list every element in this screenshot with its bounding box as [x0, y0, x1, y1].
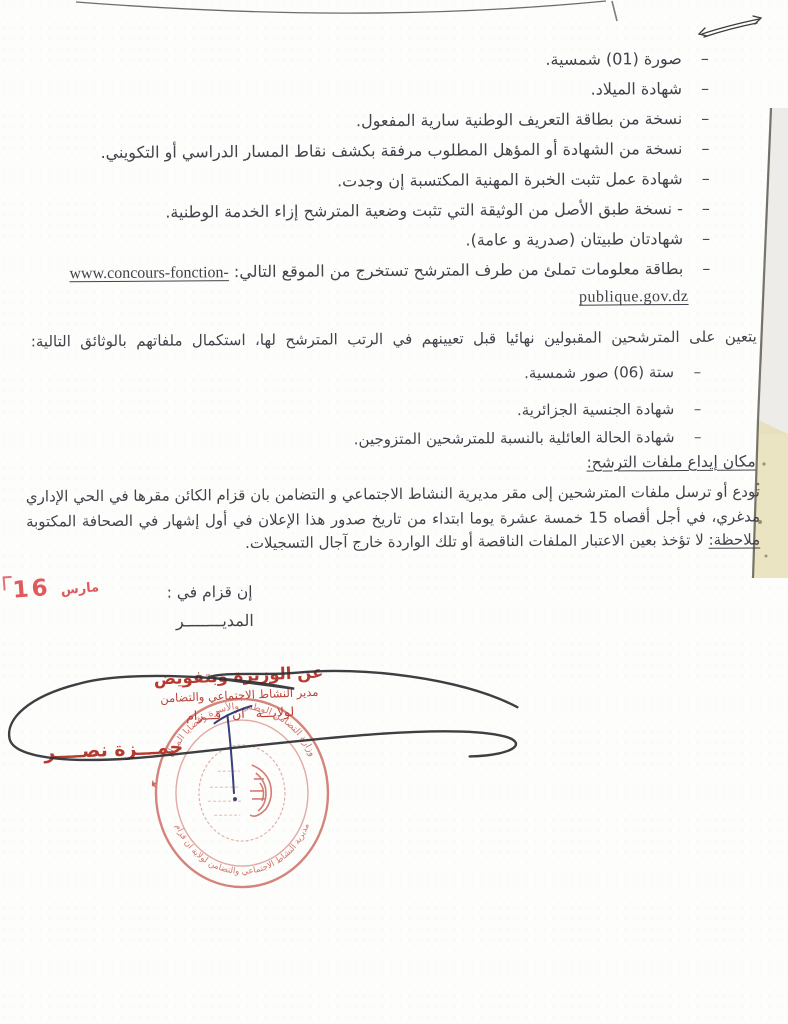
final-admission-intro: يتعين على المترشحين المقبولين نهائيا قبل…	[31, 324, 757, 353]
date-stamp: 16 مارس	[12, 569, 132, 604]
note-line: ملاحظة: لا تؤخذ بعين الاعتبار الملفات ال…	[26, 530, 760, 553]
dash-bullet: –	[687, 360, 701, 384]
deposit-paragraph-line-2: مدغري، في أجل أقصاه 15 خمسة عشرة يوما اب…	[26, 505, 760, 533]
dash-bullet: –	[687, 397, 701, 421]
place-and-date-line: إن قزام في :	[167, 583, 253, 602]
dash-bullet: –	[696, 254, 710, 284]
list-item-text: شهادة الحالة العائلية بالنسبة للمترشحين …	[354, 425, 675, 451]
site-url-line1: www.concours-fonction-	[69, 264, 228, 282]
document-body: – صورة (01) شمسية. – شهادة الميلاد. – نس…	[0, 0, 788, 1024]
required-documents-list: – صورة (01) شمسية. – شهادة الميلاد. – نس…	[37, 44, 711, 290]
list-item: – بطاقة معلومات تملئ من طرف المترشح تستخ…	[38, 254, 710, 290]
list-item: – نسخة من الشهادة أو المؤهل المطلوب مرفق…	[37, 134, 709, 169]
list-item-text: - نسخة طبق الأصل من الوثيقة التي تثبت وض…	[165, 194, 683, 228]
scanned-page: – صورة (01) شمسية. – شهادة الميلاد. – نس…	[0, 0, 788, 1024]
note-text: لا تؤخذ بعين الاعتبار الملفات الناقصة أو…	[245, 531, 709, 552]
note-label: ملاحظة:	[708, 530, 760, 548]
director-title: المديــــــــر	[176, 611, 254, 631]
dash-bullet: –	[695, 134, 709, 164]
date-stamp-day: 16	[12, 575, 52, 604]
list-item: – شهادة الحالة العائلية بالنسبة للمترشحي…	[59, 425, 701, 453]
dash-bullet: –	[687, 425, 701, 449]
list-item: – نسخة من بطاقة التعريف الوطنية سارية ال…	[37, 104, 709, 139]
list-item: – شهادتان طبيتان (صدرية و عامة).	[38, 224, 710, 259]
list-item: – صورة (01) شمسية.	[37, 44, 709, 79]
list-item-text: شهادتان طبيتان (صدرية و عامة).	[465, 224, 683, 256]
dash-bullet: –	[696, 164, 710, 194]
list-item-text: شهادة عمل تثبت الخبرة المهنية المكتسبة إ…	[337, 164, 683, 196]
dash-bullet: –	[695, 104, 709, 134]
list-item-text: ستة (06) صور شمسية.	[524, 360, 674, 385]
list-item-text: شهادة الميلاد.	[591, 74, 683, 105]
dash-bullet: –	[695, 74, 709, 104]
handwritten-signature	[1, 641, 547, 835]
date-stamp-month: مارس	[60, 580, 99, 598]
dash-bullet: –	[695, 44, 709, 74]
list-item-text: نسخة من الشهادة أو المؤهل المطلوب مرفقة …	[100, 134, 682, 168]
list-item: – شهادة الجنسية الجزائرية.	[59, 397, 701, 425]
list-item: – شهادة عمل تثبت الخبرة المهنية المكتسبة…	[38, 164, 710, 199]
list-item-text: نسخة من بطاقة التعريف الوطنية سارية المف…	[356, 104, 682, 136]
dash-bullet: –	[696, 194, 710, 224]
list-item: – - نسخة طبق الأصل من الوثيقة التي تثبت …	[38, 194, 710, 229]
list-item: – شهادة الميلاد.	[37, 74, 709, 109]
dash-bullet: –	[696, 224, 710, 254]
list-item: – ستة (06) صور شمسية.	[59, 360, 701, 388]
info-card-text: بطاقة معلومات تملئ من طرف المترشح تستخرج…	[229, 259, 684, 281]
final-documents-list: – ستة (06) صور شمسية. – شهادة الجنسية ال…	[59, 360, 702, 453]
list-item-text: صورة (01) شمسية.	[545, 44, 682, 75]
list-item-text: بطاقة معلومات تملئ من طرف المترشح تستخرج…	[69, 254, 683, 289]
site-url-line2: publique.gov.dz	[579, 288, 689, 307]
deposit-paragraph-line-1: تودع أو ترسل ملفات المترشحين إلى مقر مدي…	[26, 480, 760, 508]
deposit-heading: مكان إيداع ملفات الترشح:	[586, 452, 755, 471]
list-item-text: شهادة الجنسية الجزائرية.	[517, 397, 674, 422]
